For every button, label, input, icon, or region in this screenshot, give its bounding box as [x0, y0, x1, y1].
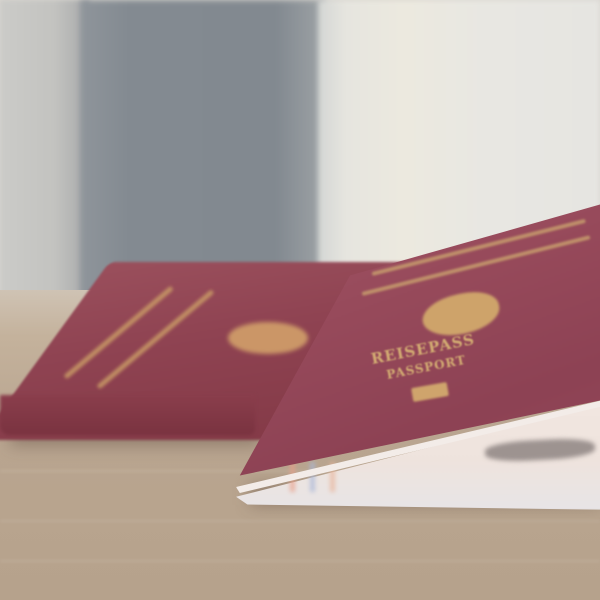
wood-grain — [0, 520, 600, 522]
background-wall-left — [0, 0, 90, 320]
photo-scene: REISEPASS PASSPORT — [0, 0, 600, 600]
coat-of-arms-icon — [228, 322, 308, 354]
page-color-stripe — [310, 462, 315, 492]
wood-grain — [0, 560, 600, 562]
back-passport-edge — [0, 395, 255, 435]
